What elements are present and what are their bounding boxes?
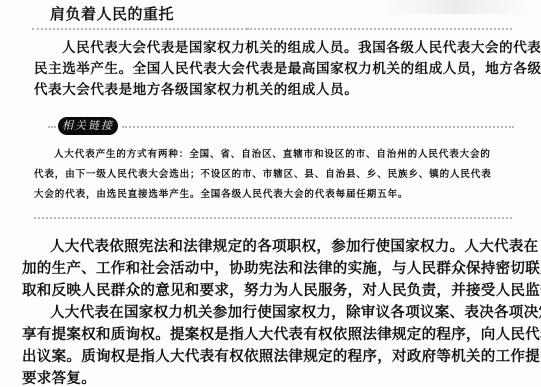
intro-paragraph: 人民代表大会代表是国家权力机关的组成人员。我国各级人民代表大会的代表，由 民主选…: [34, 38, 514, 101]
section-title: 肩负着人民的重托: [50, 3, 174, 24]
related-link-line: 大会的代表，由选民直接选举产生。全国各级人民代表大会的代表每届任期五年。: [34, 185, 514, 205]
intro-line: 代表大会代表是地方各级国家权力机关的组成人员。: [34, 80, 514, 101]
textbook-page: 肩负着人民的重托 人民代表大会代表是国家权力机关的组成人员。我国各级人民代表大会…: [0, 0, 541, 387]
body-line: 要求答复。: [22, 368, 527, 387]
related-link-content: 人大代表产生的方式有两种：全国、省、自治区、直辖市和设区的市、自治州的人民代表大…: [34, 145, 514, 205]
body-paragraph-1: 人大代表依照宪法和法律规定的各项职权，参加行使国家权力。人大代表在自己参 加的生…: [22, 236, 527, 302]
related-link-rule-left: [48, 126, 56, 128]
body-line: 享有提案权和质询权。提案权是指人大代表有权依照法律规定的程序，向人民代表大会提: [22, 324, 527, 346]
related-link-rule-right: [122, 126, 514, 128]
body-line: 人大代表在国家权力机关参加行使国家权力，除审议各项议案、表决各项决定外，还: [22, 302, 527, 324]
intro-line: 民主选举产生。全国人民代表大会代表是最高国家权力机关的组成人员，地方各级人民: [34, 59, 514, 80]
intro-line: 人民代表大会代表是国家权力机关的组成人员。我国各级人民代表大会的代表，由: [34, 38, 514, 59]
body-line: 人大代表依照宪法和法律规定的各项职权，参加行使国家权力。人大代表在自己参: [22, 236, 527, 258]
related-link-bottom-rule: [34, 217, 512, 219]
body-line: 出议案。质询权是指人大代表有权依照法律规定的程序，对政府等机关的工作提出质问并: [22, 346, 527, 368]
body-line: 取和反映人民群众的意见和要求，努力为人民服务，对人民负责，并接受人民监督。: [22, 280, 527, 302]
related-link-line: 人大代表产生的方式有两种：全国、省、自治区、直辖市和设区的市、自治州的人民代表大…: [34, 145, 514, 165]
related-link-badge: 相关链接: [58, 117, 118, 135]
body-paragraph-2: 人大代表在国家权力机关参加行使国家权力，除审议各项议案、表决各项决定外，还 享有…: [22, 302, 527, 387]
faded-watermark: [381, 0, 531, 14]
title-divider: [32, 28, 247, 30]
related-link-line: 代表，由下一级人民代表大会选出；不设区的市、市辖区、县、自治县、乡、民族乡、镇的…: [34, 165, 514, 185]
title-divider-right: [247, 28, 512, 30]
body-line: 加的生产、工作和社会活动中，协助宪法和法律的实施，与人民群众保持密切联系，听: [22, 258, 527, 280]
